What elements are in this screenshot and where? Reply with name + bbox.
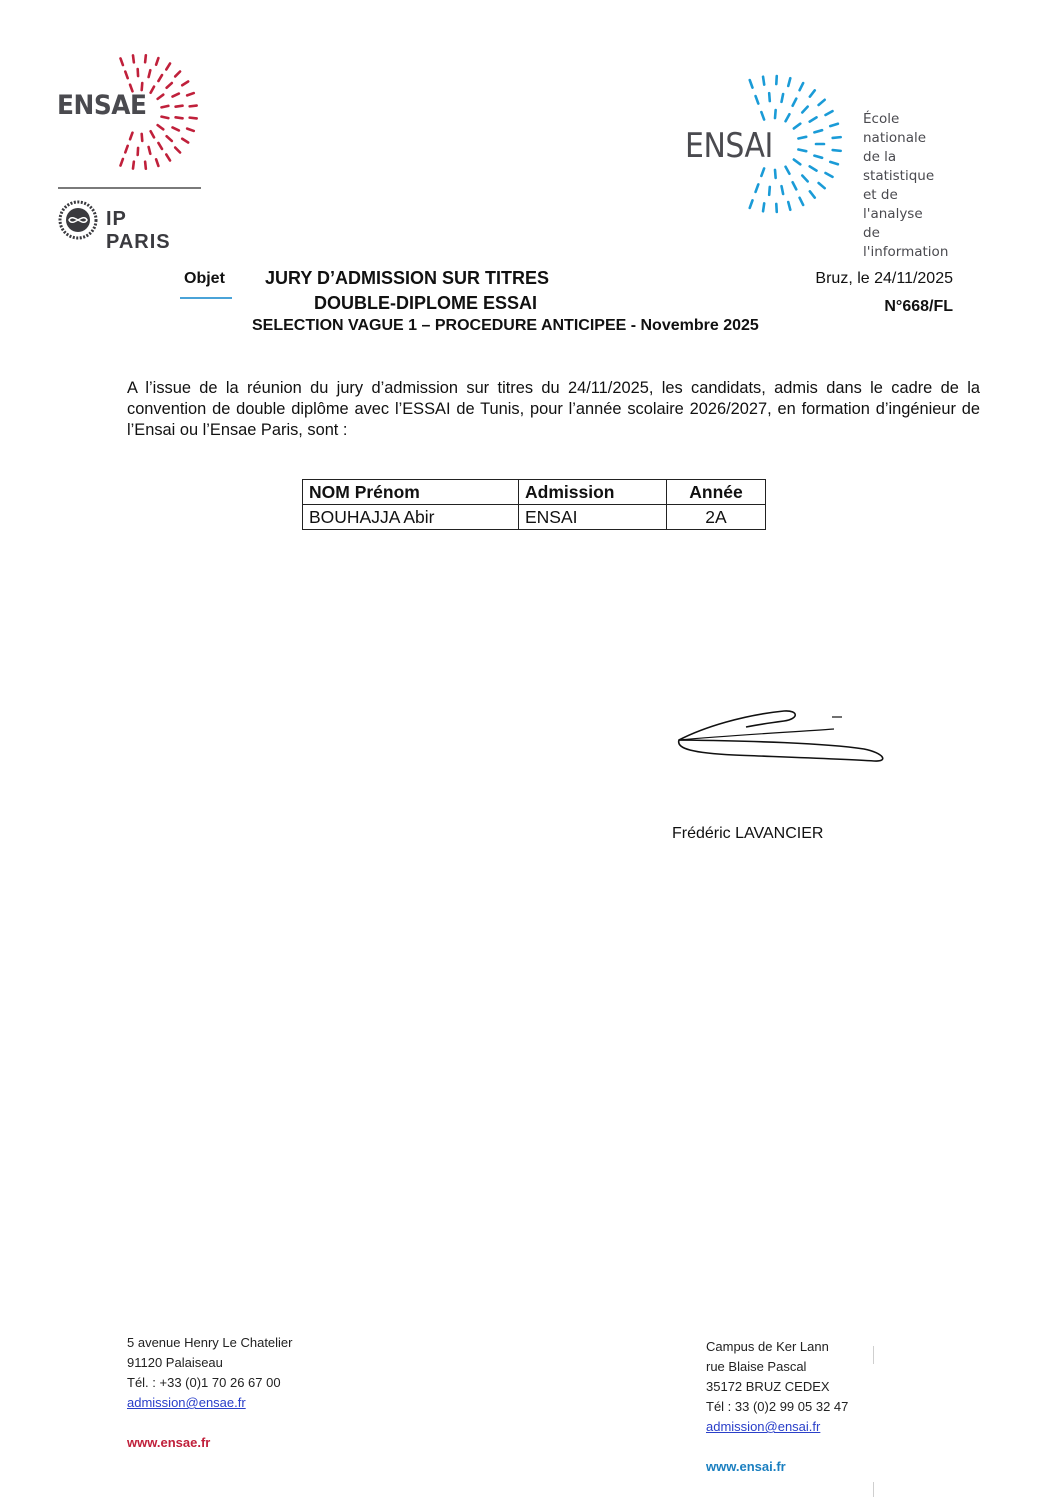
ensai-wordmark: ENSAI <box>685 126 773 166</box>
document-subtitle: DOUBLE-DIPLOME ESSAI <box>314 293 537 314</box>
footer-ensae: 5 avenue Henry Le Chatelier 91120 Palais… <box>127 1333 293 1453</box>
footer-ensae-email-link[interactable]: admission@ensae.fr <box>127 1395 246 1410</box>
ensae-arc-icon <box>100 48 210 176</box>
table-row: BOUHAJJA Abir ENSAI 2A <box>303 505 766 530</box>
footer-ensai-address2: rue Blaise Pascal <box>706 1357 848 1377</box>
ip-paris-wordmark: IP PARIS <box>106 208 171 254</box>
footer-ensae-website-link[interactable]: www.ensae.fr <box>127 1433 293 1453</box>
ensai-tagline: École nationale de la statistique et de … <box>863 110 948 262</box>
footer-ensai-website-link[interactable]: www.ensai.fr <box>706 1457 848 1477</box>
document-title: JURY D’ADMISSION SUR TITRES <box>265 268 549 289</box>
cell-admission: ENSAI <box>519 505 667 530</box>
footer-ensai-address3: 35172 BRUZ CEDEX <box>706 1377 848 1397</box>
footer-ensae-address2: 91120 Palaiseau <box>127 1353 293 1373</box>
header-year: Année <box>667 480 766 505</box>
table-header-row: NOM Prénom Admission Année <box>303 480 766 505</box>
logo-divider <box>58 187 201 189</box>
footer-ensai-email-link[interactable]: admission@ensai.fr <box>706 1419 820 1434</box>
ip-paris-seal-icon <box>58 200 98 240</box>
footer-ensai-phone: Tél : 33 (0)2 99 05 32 47 <box>706 1397 848 1417</box>
header-admission: Admission <box>519 480 667 505</box>
objet-label: Objet <box>184 270 225 288</box>
header-name: NOM Prénom <box>303 480 519 505</box>
footer-ensai: Campus de Ker Lann rue Blaise Pascal 351… <box>706 1337 848 1477</box>
admissions-table: NOM Prénom Admission Année BOUHAJJA Abir… <box>302 479 766 530</box>
footer-divider-bottom <box>873 1482 874 1497</box>
document-reference: N°668/FL <box>884 298 953 316</box>
cell-name: BOUHAJJA Abir <box>303 505 519 530</box>
signer-name: Frédéric LAVANCIER <box>672 825 823 843</box>
document-selection-line: SELECTION VAGUE 1 – PROCEDURE ANTICIPEE … <box>252 317 759 335</box>
footer-divider-top <box>873 1346 874 1364</box>
signature-icon <box>674 705 889 770</box>
objet-underline <box>180 297 232 299</box>
cell-year: 2A <box>667 505 766 530</box>
footer-ensae-phone: Tél. : +33 (0)1 70 26 67 00 <box>127 1373 293 1393</box>
body-paragraph: A l’issue de la réunion du jury d’admiss… <box>127 378 980 441</box>
document-date: Bruz, le 24/11/2025 <box>815 270 953 288</box>
footer-ensai-address1: Campus de Ker Lann <box>706 1337 848 1357</box>
footer-ensae-address1: 5 avenue Henry Le Chatelier <box>127 1333 293 1353</box>
